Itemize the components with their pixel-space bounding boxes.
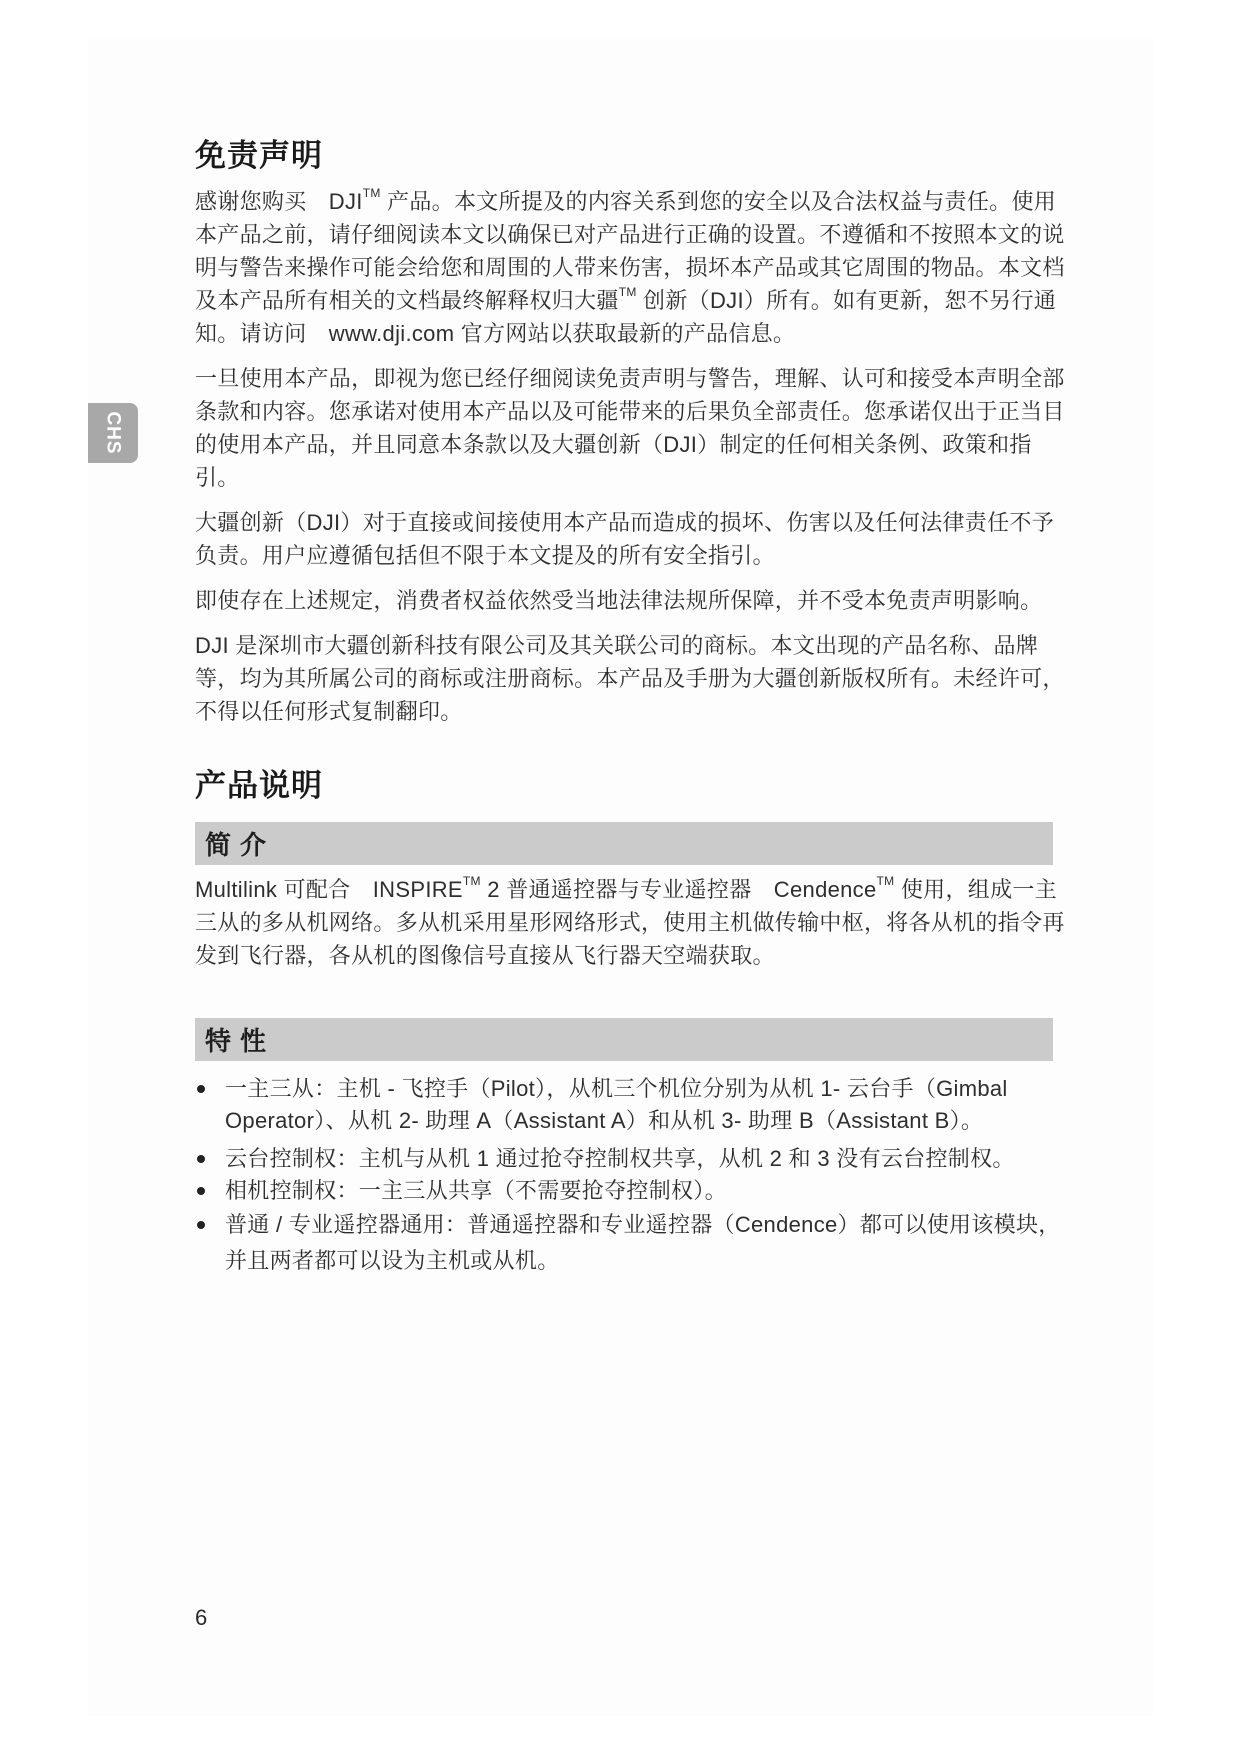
language-tab-chs: CHS: [88, 403, 138, 463]
trademark-symbol: TM: [363, 186, 381, 200]
feature-text: 普通 / 专业遥控器通用：普通遥控器和专业遥控器（Cendence）都可以使用该…: [225, 1212, 1061, 1273]
language-tab-label: CHS: [102, 411, 124, 454]
feature-item: 云台控制权：主机与从机 1 通过抢夺控制权共享，从机 2 和 3 没有云台控制权…: [195, 1143, 1075, 1175]
intro-heading: 简介: [205, 825, 275, 862]
product-description-title: 产品说明: [195, 766, 1075, 806]
disclaimer-section: 免责声明 感谢您购买 DJITM 产品。本文所提及的内容关系到您的安全以及合法权…: [195, 136, 1075, 728]
text-span: 2 普通遥控器与专业遥控器 Cendence: [481, 877, 877, 902]
features-heading: 特性: [205, 1021, 275, 1058]
feature-text: 一主三从：主机 - 飞控手（Pilot），从机三个机位分别为从机 1- 云台手（…: [225, 1076, 1008, 1133]
feature-item: 一主三从：主机 - 飞控手（Pilot），从机三个机位分别为从机 1- 云台手（…: [195, 1073, 1075, 1137]
bullet-icon: [197, 1155, 205, 1163]
disclaimer-paragraph-4: 即使存在上述规定，消费者权益依然受当地法律法规所保障，并不受本免责声明影响。: [195, 584, 1075, 617]
text-span: Multilink 可配合 INSPIRE: [195, 877, 463, 902]
features-list: 一主三从：主机 - 飞控手（Pilot），从机三个机位分别为从机 1- 云台手（…: [195, 1073, 1075, 1279]
disclaimer-paragraph-1: 感谢您购买 DJITM 产品。本文所提及的内容关系到您的安全以及合法权益与责任。…: [195, 185, 1075, 350]
trademark-symbol: TM: [619, 285, 637, 299]
feature-item: 普通 / 专业遥控器通用：普通遥控器和专业遥控器（Cendence）都可以使用该…: [195, 1207, 1075, 1279]
disclaimer-paragraph-5: DJI 是深圳市大疆创新科技有限公司及其关联公司的商标。本文出现的产品名称、品牌…: [195, 629, 1075, 728]
features-heading-bar: 特性: [195, 1018, 1053, 1061]
bullet-icon: [197, 1085, 205, 1093]
product-description-section: 产品说明 简介 Multilink 可配合 INSPIRETM 2 普通遥控器与…: [195, 766, 1075, 1279]
page-number: 6: [195, 1605, 207, 1631]
trademark-symbol: TM: [463, 874, 481, 888]
trademark-symbol: TM: [877, 874, 895, 888]
disclaimer-paragraph-3: 大疆创新（DJI）对于直接或间接使用本产品而造成的损坏、伤害以及任何法律责任不予…: [195, 506, 1075, 572]
disclaimer-title: 免责声明: [195, 136, 1075, 176]
intro-heading-bar: 简介: [195, 822, 1053, 865]
bullet-icon: [197, 1221, 205, 1229]
text-span: 感谢您购买 DJI: [195, 189, 363, 214]
feature-text: 云台控制权：主机与从机 1 通过抢夺控制权共享，从机 2 和 3 没有云台控制权…: [225, 1146, 1015, 1171]
page-content: 免责声明 感谢您购买 DJITM 产品。本文所提及的内容关系到您的安全以及合法权…: [195, 136, 1075, 1279]
feature-item: 相机控制权：一主三从共享（不需要抢夺控制权）。: [195, 1175, 1075, 1207]
feature-text: 相机控制权：一主三从共享（不需要抢夺控制权）。: [225, 1178, 727, 1203]
disclaimer-paragraph-2: 一旦使用本产品，即视为您已经仔细阅读免责声明与警告，理解、认可和接受本声明全部条…: [195, 362, 1075, 494]
bullet-icon: [197, 1187, 205, 1195]
intro-paragraph: Multilink 可配合 INSPIRETM 2 普通遥控器与专业遥控器 Ce…: [195, 873, 1075, 972]
